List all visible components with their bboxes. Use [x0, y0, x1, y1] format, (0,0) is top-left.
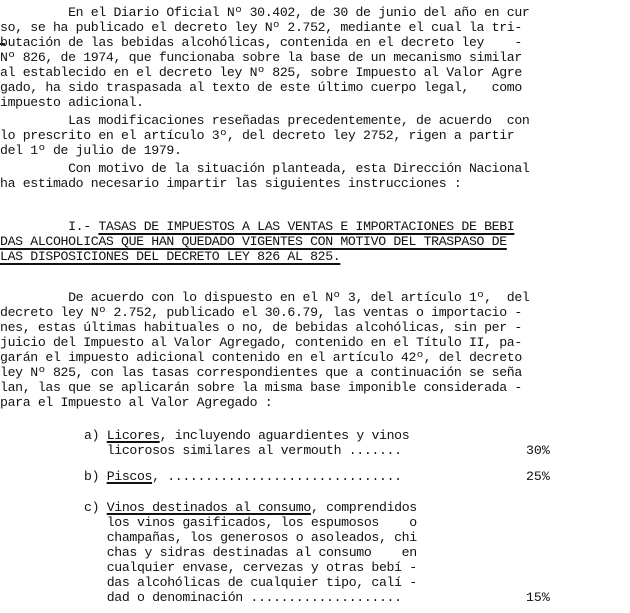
text-line: al establecido en el decreto ley Nº 825,…	[0, 65, 522, 80]
text-line: nes, estas últimas habituales o no, de b…	[0, 320, 522, 335]
text-line: juicio del Impuesto al Valor Agregado, c…	[0, 335, 522, 350]
text-line: garán el impuesto adicional contenido en…	[0, 350, 522, 365]
text-line: En el Diario Oficial Nº 30.402, de 30 de…	[0, 5, 529, 20]
text-line: lo prescrito en el artículo 3º, del decr…	[0, 128, 514, 143]
heading-line: DAS ALCOHOLICAS QUE HAN QUEDADO VIGENTES…	[0, 234, 507, 249]
text-line: butación de las bebidas alcohólicas, con…	[0, 35, 522, 50]
heading-line: I.- TASAS DE IMPUESTOS A LAS VENTAS E IM…	[0, 219, 514, 234]
text-line: decreto ley Nº 2.752, publicado el 30.6.…	[0, 305, 522, 320]
heading-line: LAS DISPOSICIONES DEL DECRETO LEY 826 AL…	[0, 249, 340, 264]
item-line: los vinos gasificados, los espumosos o	[84, 515, 417, 530]
item-rate: 30%	[526, 443, 550, 458]
item-label: a)	[84, 428, 107, 443]
item-term: Licores	[107, 428, 160, 443]
text-line: gado, ha sido traspasada al texto de est…	[0, 80, 522, 95]
item-line: licorosos similares al vermouth .......	[84, 443, 402, 458]
item-line: das alcohólicas de cualquier tipo, calí …	[84, 575, 417, 590]
item-text: , incluyendo aguardientes y vinos	[160, 428, 410, 443]
item-text: , ...............................	[152, 469, 402, 484]
text-line: impuesto adicional.	[0, 95, 144, 110]
item-line: champañas, los generosos o asoleados, ch…	[84, 530, 417, 545]
item-line: cualquier envase, cervezas y otras bebí …	[84, 560, 417, 575]
item-term: Vinos destinados al consumo	[107, 500, 311, 515]
item-line: c) Vinos destinados al consumo, comprend…	[84, 500, 417, 515]
margin-mark	[0, 43, 5, 45]
text-line: Nº 826, de 1974, que funcionaba sobre la…	[0, 50, 522, 65]
item-line: chas y sidras destinadas al consumo en	[84, 545, 417, 560]
item-label: c)	[84, 500, 107, 515]
text-line: De acuerdo con lo dispuesto en el Nº 3, …	[0, 290, 529, 305]
text-line: Con motivo de la situación planteada, es…	[0, 161, 529, 176]
item-line: b) Piscos, .............................…	[84, 469, 402, 484]
text-line: ley Nº 825, con las tasas correspondient…	[0, 365, 522, 380]
text-line: lan, las que se aplicarán sobre la misma…	[0, 380, 522, 395]
item-text: , comprendidos	[311, 500, 417, 515]
text-line: del 1º de julio de 1979.	[0, 143, 182, 158]
text-line: Las modificaciones reseñadas precedentem…	[0, 113, 529, 128]
item-line: dad o denominación ....................	[84, 590, 402, 605]
text-line: para el Impuesto al Valor Agregado :	[0, 395, 272, 410]
item-label: b)	[84, 469, 107, 484]
text-line: ha estimado necesario impartir las sigui…	[0, 176, 461, 191]
item-rate: 15%	[526, 590, 550, 605]
heading-number: I.-	[0, 219, 98, 234]
item-line: a) Licores, incluyendo aguardientes y vi…	[84, 428, 409, 443]
item-rate: 25%	[526, 469, 550, 484]
text-line: so, se ha publicado el decreto ley Nº 2.…	[0, 20, 522, 35]
item-term: Piscos	[107, 469, 152, 484]
heading-text: TASAS DE IMPUESTOS A LAS VENTAS E IMPORT…	[98, 219, 514, 234]
